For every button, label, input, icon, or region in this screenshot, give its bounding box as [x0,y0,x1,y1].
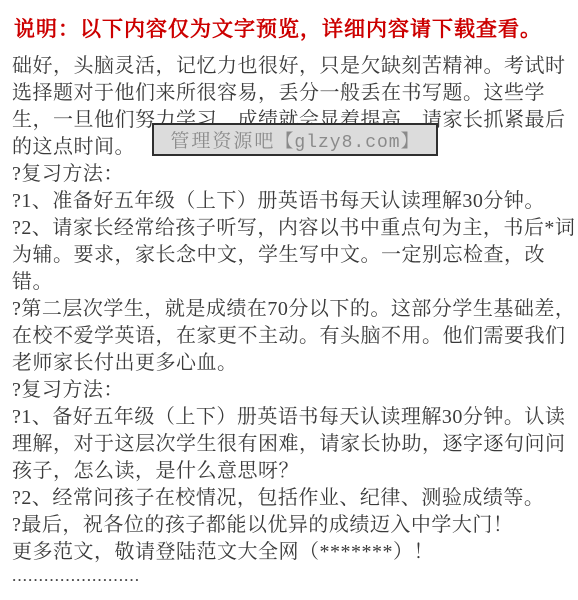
watermark-site: 【glzy8.com】 [275,127,419,153]
text-line: ?最后，祝各位的孩子都能以优异的成绩迈入中学大门！ [12,512,578,539]
text-line: 孩子，怎么读，是什么意思呀？ [12,458,578,485]
text-line: 选择题对于他们来所很容易，丢分一般丢在书写题。这些学 [12,80,578,107]
text-line: 理解，对于这层次学生很有困难，请家长协助，逐字逐句问问 [12,431,578,458]
text-line: ?2、请家长经常给孩子听写，内容以书中重点句为主，书后*词 [12,215,578,242]
text-line: ?1、备好五年级（上下）册英语书每天认读理解30分钟。认读 [12,404,578,431]
text-line: ?复习方法： [12,161,578,188]
text-line: 础好，头脑灵活，记忆力也很好，只是欠缺刻苦精神。考试时 [12,53,578,80]
preview-page: 说明：以下内容仅为文字预览，详细内容请下载查看。 础好，头脑灵活，记忆力也很好，… [0,0,578,600]
text-line: ?1、准备好五年级（上下）册英语书每天认读理解30分钟。 [12,188,578,215]
text-line: 老师家长付出更多心血。 [12,350,578,377]
watermark-name: 管理资源吧 [170,126,275,153]
dotted-separator: ························ [12,566,578,593]
text-line: ?2、经常问孩子在校情况，包括作业、纪律、测验成绩等。 [12,485,578,512]
text-line: ?复习方法： [12,377,578,404]
text-line: 在校不爱学英语，在家更不主动。有头脑不用。他们需要我们 [12,323,578,350]
watermark-box: 管理资源吧【glzy8.com】 [152,123,438,156]
preview-notice: 说明：以下内容仅为文字预览，详细内容请下载查看。 [0,0,578,43]
text-line: 为辅。要求，家长念中文，学生写中文。一定别忘检查，改 [12,242,578,269]
text-line: ?第二层次学生，就是成绩在70分以下的。这部分学生基础差， [12,296,578,323]
text-line: 更多范文，敬请登陆范文大全网（*******）！ [12,539,578,566]
text-line: 错。 [12,269,578,296]
